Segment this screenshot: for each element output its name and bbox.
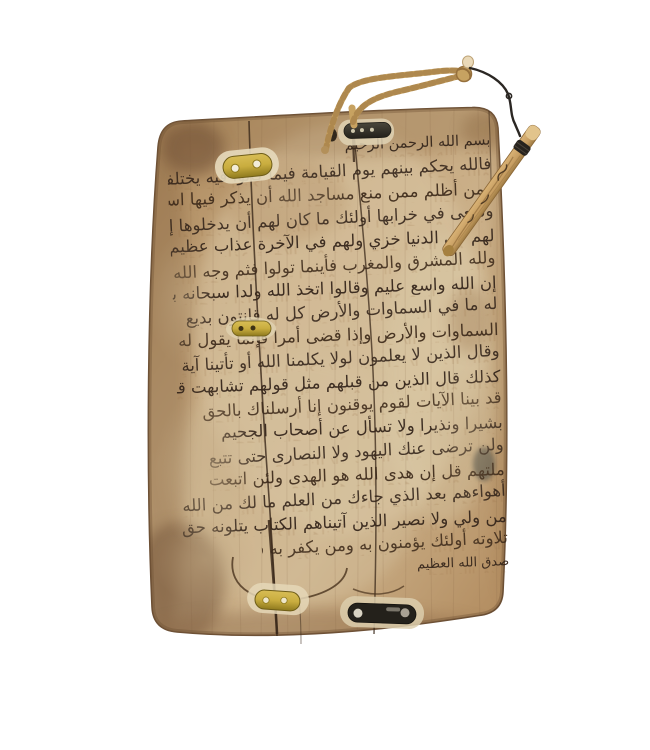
plate-metal bbox=[254, 589, 300, 611]
attachments-svg bbox=[0, 0, 650, 750]
crack-center bbox=[352, 113, 376, 634]
repair-plate-bottom-brass bbox=[246, 582, 310, 616]
rivet bbox=[281, 597, 288, 604]
rivet bbox=[252, 160, 261, 169]
rivet bbox=[251, 326, 256, 331]
repair-plate-top-center bbox=[338, 118, 395, 146]
photo-canvas: بسم الله الرحمن الرحيم فالله يحكم بينهم … bbox=[0, 0, 650, 750]
repair-plate-middle-left bbox=[226, 317, 276, 341]
rivet bbox=[239, 326, 244, 331]
repair-plate-bottom-dark bbox=[340, 596, 425, 630]
rope-knob bbox=[463, 56, 474, 68]
rope-end bbox=[321, 146, 329, 154]
crack-right bbox=[489, 111, 491, 186]
rivet bbox=[263, 597, 270, 604]
repair-plate-top-left bbox=[213, 146, 280, 186]
crack-left-lower bbox=[269, 520, 277, 634]
pen-cord bbox=[470, 68, 520, 136]
plate-highlight bbox=[386, 607, 400, 611]
rivet bbox=[231, 164, 240, 173]
cracks bbox=[249, 111, 491, 644]
reed-pen bbox=[438, 122, 543, 260]
pen-grain bbox=[458, 155, 520, 241]
